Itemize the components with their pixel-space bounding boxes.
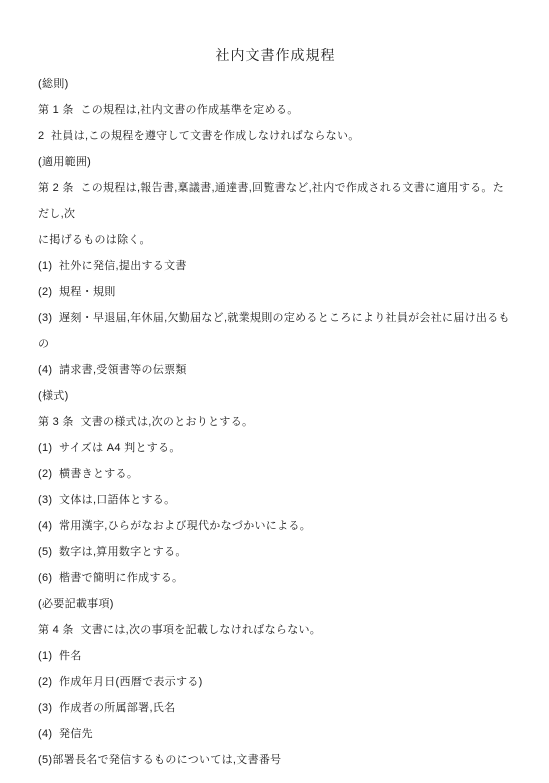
text-line: (1) サイズは A4 判とする。: [38, 435, 513, 461]
text-line: (5)部署長名で発信するものについては,文書番号: [38, 747, 513, 773]
text-line: (4) 請求書,受領書等の伝票類: [38, 357, 513, 383]
text-line: (1) 社外に発信,提出する文書: [38, 253, 513, 279]
text-line: 第 1 条 この規程は,社内文書の作成基準を定める。: [38, 97, 513, 123]
text-line: (様式): [38, 383, 513, 409]
text-line: 第 4 条 文書には,次の事項を記載しなければならない。: [38, 617, 513, 643]
text-line: 2 社員は,この規程を遵守して文書を作成しなければならない。: [38, 123, 513, 149]
text-line: (適用範囲): [38, 149, 513, 175]
text-line: (3) 文体は,口語体とする。: [38, 487, 513, 513]
text-line: (3) 遅刻・早退届,年休届,欠勤届など,就業規則の定めるところにより社員が会社…: [38, 305, 513, 357]
text-line: (2) 作成年月日(西暦で表示する): [38, 669, 513, 695]
text-line: (3) 作成者の所属部署,氏名: [38, 695, 513, 721]
text-line: (4) 発信先: [38, 721, 513, 747]
text-line: (2) 横書きとする。: [38, 461, 513, 487]
text-line: (5) 数字は,算用数字とする。: [38, 539, 513, 565]
text-line: に掲げるものは除く。: [38, 227, 513, 253]
document-body: (総則)第 1 条 この規程は,社内文書の作成基準を定める。2 社員は,この規程…: [38, 71, 513, 773]
text-line: (1) 件名: [38, 643, 513, 669]
document-page: 社内文書作成規程 (総則)第 1 条 この規程は,社内文書の作成基準を定める。2…: [0, 0, 549, 783]
text-line: 第 2 条 この規程は,報告書,稟議書,通達書,回覧書など,社内で作成される文書…: [38, 175, 513, 227]
text-line: (総則): [38, 71, 513, 97]
text-line: (2) 規程・規則: [38, 279, 513, 305]
text-line: 第 3 条 文書の様式は,次のとおりとする。: [38, 409, 513, 435]
text-line: (必要記載事項): [38, 591, 513, 617]
text-line: (6) 楷書で簡明に作成する。: [38, 565, 513, 591]
document-title: 社内文書作成規程: [38, 0, 513, 64]
text-line: (4) 常用漢字,ひらがなおよび現代かなづかいによる。: [38, 513, 513, 539]
